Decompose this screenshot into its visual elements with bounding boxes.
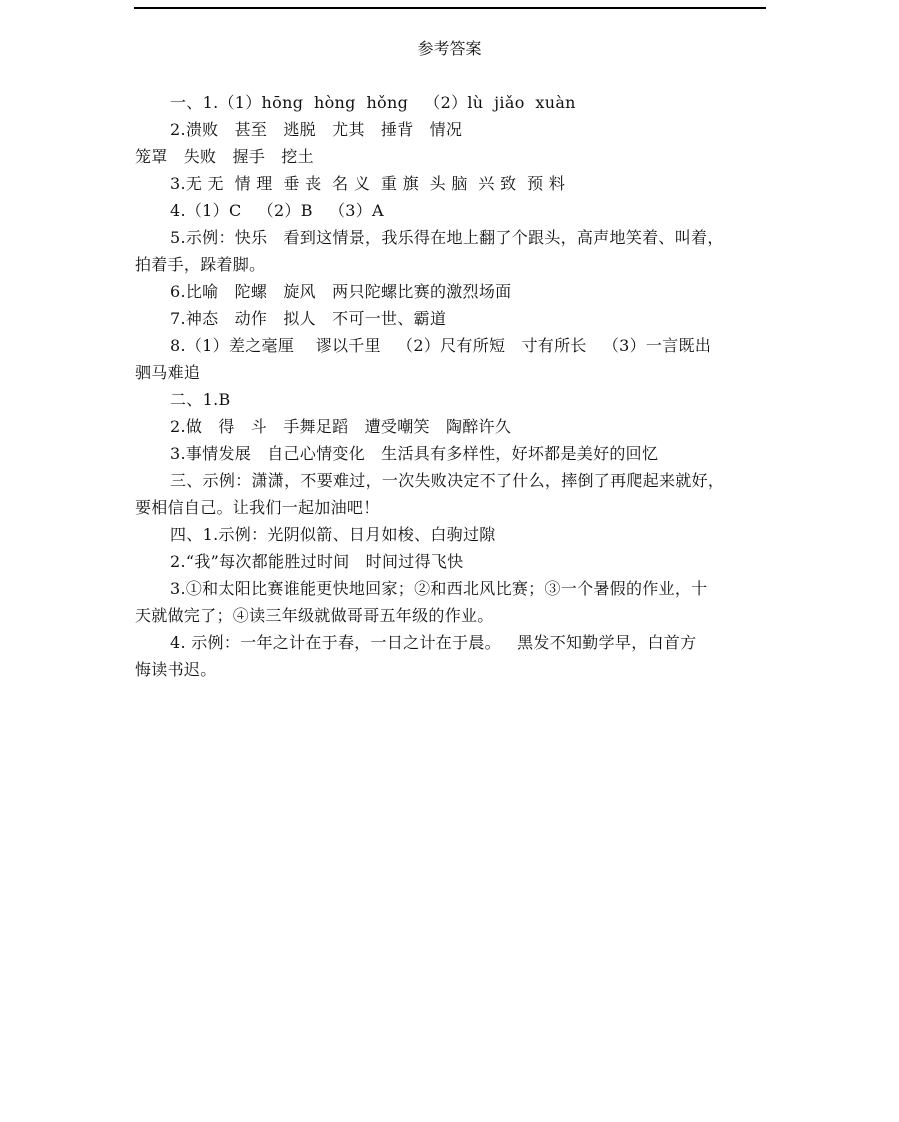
answer-line: 一、1.（1）hōng hòng hǒng （2）lù jiǎo xuàn <box>135 89 767 116</box>
answer-line: 四、1.示例：光阴似箭、日月如梭、白驹过隙 <box>135 521 767 548</box>
answer-line: 笼罩 失败 握手 挖土 <box>135 143 767 170</box>
answer-line: 7.神态 动作 拟人 不可一世、霸道 <box>135 305 767 332</box>
answer-line: 3.①和太阳比赛谁能更快地回家；②和西北风比赛；③一个暑假的作业，十 <box>135 575 767 602</box>
answer-line: 2.“我”每次都能胜过时间 时间过得飞快 <box>135 548 767 575</box>
header-rule <box>134 7 766 9</box>
answer-line: 3.事情发展 自己心情变化 生活具有多样性，好坏都是美好的回忆 <box>135 440 767 467</box>
answer-line: 要相信自己。让我们一起加油吧！ <box>135 494 767 521</box>
answer-line: 6.比喻 陀螺 旋风 两只陀螺比赛的激烈场面 <box>135 278 767 305</box>
answer-line: 5.示例：快乐 看到这情景，我乐得在地上翻了个跟头，高声地笑着、叫着， <box>135 224 767 251</box>
answer-line: 8.（1）差之毫厘 谬以千里 （2）尺有所短 寸有所长 （3）一言既出 <box>135 332 767 359</box>
answer-line: 二、1.B <box>135 386 767 413</box>
answer-line: 天就做完了；④读三年级就做哥哥五年级的作业。 <box>135 602 767 629</box>
answer-line: 悔读书迟。 <box>135 656 767 683</box>
answer-line: 2.溃败 甚至 逃脱 尤其 捶背 情况 <box>135 116 767 143</box>
answer-line: 三、示例：潇潇，不要难过，一次失败决定不了什么，摔倒了再爬起来就好， <box>135 467 767 494</box>
answer-line: 2.做 得 斗 手舞足蹈 遭受嘲笑 陶醉许久 <box>135 413 767 440</box>
answer-line: 4.（1）C （2）B （3）A <box>135 197 767 224</box>
page-title: 参考答案 <box>0 36 899 59</box>
answer-line: 驷马难追 <box>135 359 767 386</box>
answer-line: 4. 示例：一年之计在于春，一日之计在于晨。 黑发不知勤学早，白首方 <box>135 629 767 656</box>
answer-line: 3.无 无 情 理 垂 丧 名 义 重 旗 头 脑 兴 致 预 料 <box>135 170 767 197</box>
answer-line: 拍着手，跺着脚。 <box>135 251 767 278</box>
answer-body: 一、1.（1）hōng hòng hǒng （2）lù jiǎo xuàn 2.… <box>135 89 767 683</box>
